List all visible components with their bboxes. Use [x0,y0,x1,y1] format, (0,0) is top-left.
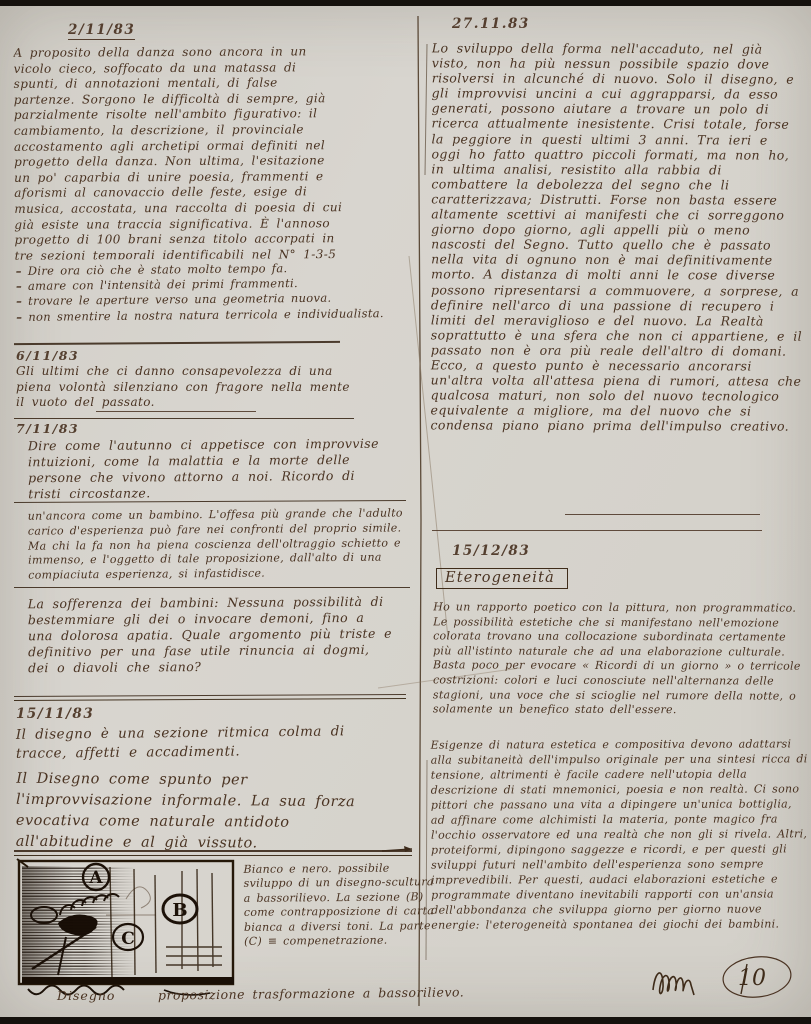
entry-date-6: 15/12/83 [452,543,530,559]
entry-6-heading: Eterogeneità [436,568,568,589]
margin-arrow [382,846,412,852]
entry-5-body: Lo sviluppo della forma nell'accaduto, n… [430,40,804,529]
underline-mark [565,514,760,515]
journal-scan-page: 2/11/83 A proposito della danza sono anc… [0,0,811,1024]
entry-6-heading-box: Eterogeneità [436,567,568,589]
signature-scribble [653,973,694,995]
entry-date-5: 27.11.83 [452,16,530,32]
entry-6-paragraph-1: Ho un rapporto poetico con la pittura, n… [433,600,809,733]
artist-signature: 10 [645,950,800,1008]
entry-6-paragraph-2: Esigenze di natura estetica e compositiv… [431,736,811,959]
underline-mark [432,530,762,531]
column-divider-line [418,16,421,1006]
